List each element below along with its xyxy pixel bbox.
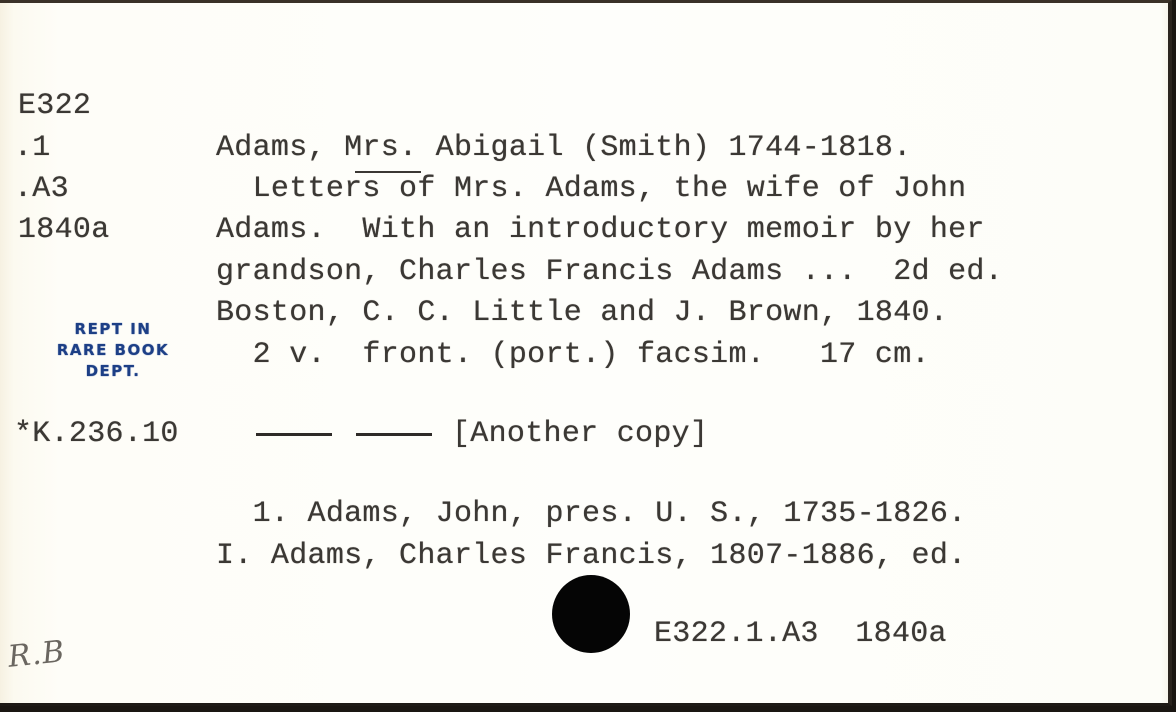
card-punch-hole	[552, 575, 630, 653]
rare-book-dept-stamp: REPT IN RARE BOOK DEPT.	[18, 319, 208, 382]
call-number-line-3: .A3	[14, 174, 69, 204]
main-entry-suffix: Abigail (Smith) 1744-1818.	[417, 131, 911, 165]
tracing-subject: 1. Adams, John, pres. U. S., 1735-1826.	[216, 499, 966, 529]
call-number-line-2: .1	[14, 133, 51, 163]
description-line-1: Letters of Mrs. Adams, the wife of John	[216, 174, 966, 204]
dash-mark-2	[356, 433, 432, 436]
description-line-3: grandson, Charles Francis Adams ... 2d e…	[216, 257, 1003, 287]
main-entry-prefix: Adams,	[216, 131, 344, 165]
tracing-added-entry: I. Adams, Charles Francis, 1807-1886, ed…	[216, 541, 966, 571]
description-line-4: Boston, C. C. Little and J. Brown, 1840.	[216, 298, 948, 328]
another-copy-note: [Another copy]	[452, 419, 708, 449]
location-mark: *K.236.10	[14, 419, 179, 449]
description-line-5: 2 v. front. (port.) facsim. 17 cm.	[216, 340, 930, 370]
stamp-line-3: DEPT.	[18, 361, 208, 382]
handwritten-note: R.B	[6, 634, 67, 675]
main-entry-heading: Adams, Mrs. Abigail (Smith) 1744-1818.	[216, 133, 912, 163]
stamp-line-1: REPT IN	[18, 319, 208, 340]
catalog-card: E322 .1 .A3 1840a REPT IN RARE BOOK DEPT…	[0, 0, 1172, 706]
bottom-call-number: E322.1.A3 1840a	[654, 619, 947, 649]
dash-mark-1	[256, 433, 332, 436]
call-number-line-4: 1840a	[18, 215, 110, 245]
call-number-line-1: E322	[18, 91, 91, 121]
main-entry-title-underlined: Mrs.	[344, 131, 417, 165]
description-line-2: Adams. With an introductory memoir by he…	[216, 215, 985, 245]
stamp-line-2: RARE BOOK	[18, 340, 208, 361]
